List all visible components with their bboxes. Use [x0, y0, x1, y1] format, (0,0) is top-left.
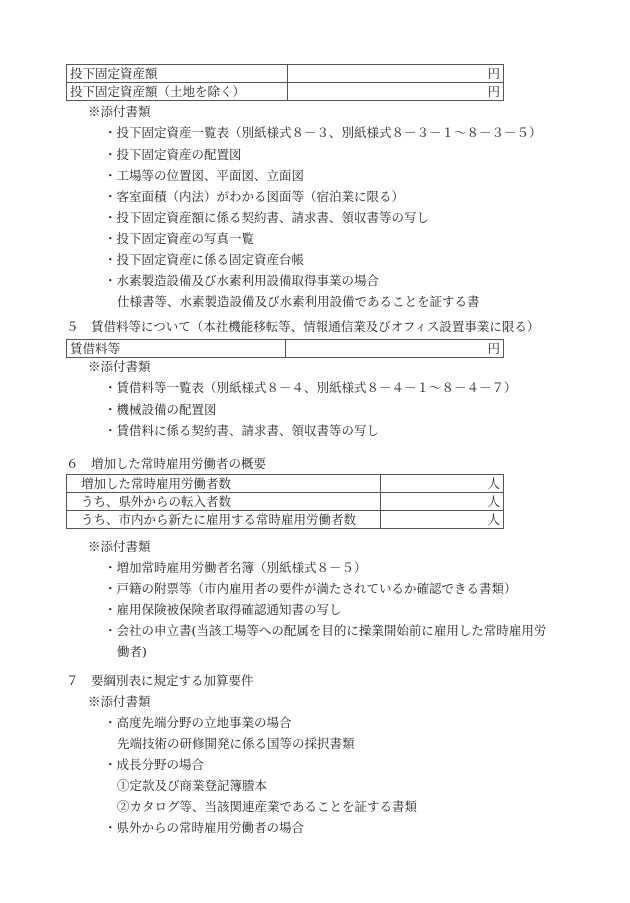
row-label: 増加した常時雇用労働者数 [67, 475, 381, 493]
table-row: 賃借料等 円 [67, 340, 504, 358]
table-row: 投下固定資産額 円 [67, 65, 504, 83]
list-item-continuation: 仕様書等、水素製造設備及び水素利用設備であることを証する書 [117, 293, 480, 311]
list-item: ・賃借料に係る契約書、請求書、領収書等の写し [104, 422, 379, 440]
section-heading: ５ 賃借料等について（本社機能移転等、情報通信業及びオフィス設置事業に限る） [66, 318, 539, 336]
count-field[interactable]: 人 [381, 493, 504, 511]
count-field[interactable]: 人 [381, 475, 504, 493]
document-page: 投下固定資産額 円 投下固定資産額（土地を除く） 円 ※添付書類 ・投下固定資産… [0, 0, 630, 903]
list-item: ・機械設備の配置図 [104, 401, 217, 419]
row-label: うち、市内から新たに雇用する常時雇用労働者数 [67, 511, 381, 529]
section-heading: ６ 増加した常時雇用労働者の概要 [66, 455, 266, 473]
list-item: ・工場等の位置図、平面図、立面図 [104, 167, 304, 185]
list-item: ・投下固定資産額に係る契約書、請求書、領収書等の写し [104, 209, 429, 227]
list-item: ・県外からの常時雇用労働者の場合 [104, 819, 304, 837]
row-label: 賃借料等 [67, 340, 286, 358]
rent-table: 賃借料等 円 [66, 339, 504, 358]
employees-table: 増加した常時雇用労働者数 人 うち、県外からの転入者数 人 うち、市内から新たに… [66, 474, 504, 529]
amount-field[interactable]: 円 [288, 65, 504, 83]
list-item-continuation: ①定款及び商業登記簿謄本 [117, 777, 267, 795]
list-item: ・高度先端分野の立地事業の場合 [104, 714, 292, 732]
list-item-continuation: 働者) [117, 643, 147, 661]
attachments-label: ※添付書類 [88, 358, 151, 376]
list-item: ・客室面積（内法）がわかる図面等（宿泊業に限る） [104, 188, 404, 206]
count-field[interactable]: 人 [381, 511, 504, 529]
row-label: 投下固定資産額 [67, 65, 288, 83]
list-item: ・水素製造設備及び水素利用設備取得事業の場合 [104, 272, 379, 290]
list-item-continuation: 先端技術の研修開発に係る国等の採択書類 [117, 735, 355, 753]
list-item: ・投下固定資産に係る固定資産台帳 [104, 251, 304, 269]
attachments-label: ※添付書類 [88, 538, 151, 556]
table-row: 投下固定資産額（土地を除く） 円 [67, 83, 504, 101]
list-item: ・賃借料等一覧表（別紙様式８－４、別紙様式８－４－１～８－４－７） [104, 379, 517, 397]
list-item: ・雇用保険被保険者取得確認通知書の写し [104, 601, 342, 619]
table-row: うち、市内から新たに雇用する常時雇用労働者数 人 [67, 511, 504, 529]
row-label: うち、県外からの転入者数 [67, 493, 381, 511]
list-item: ・投下固定資産の写真一覧 [104, 230, 254, 248]
list-item: ・成長分野の場合 [104, 756, 204, 774]
list-item: ・投下固定資産の配置図 [104, 146, 242, 164]
amount-field[interactable]: 円 [286, 340, 504, 358]
amount-field[interactable]: 円 [288, 83, 504, 101]
section-heading: ７ 要綱別表に規定する加算要件 [66, 672, 254, 690]
table-row: 増加した常時雇用労働者数 人 [67, 475, 504, 493]
list-item: ・戸籍の附票等（市内雇用者の要件が満たされているか確認できる書類） [104, 580, 517, 598]
list-item: ・投下固定資産一覧表（別紙様式８－３、別紙様式８－３－１～８－３－５） [104, 124, 542, 142]
list-item: ・増加常時雇用労働者名簿（別紙様式８－５） [104, 559, 367, 577]
attachments-label: ※添付書類 [88, 103, 151, 121]
investment-amount-table: 投下固定資産額 円 投下固定資産額（土地を除く） 円 [66, 64, 504, 101]
attachments-label: ※添付書類 [88, 693, 151, 711]
table-row: うち、県外からの転入者数 人 [67, 493, 504, 511]
list-item-continuation: ②カタログ等、当該関連産業であることを証する書類 [117, 798, 417, 816]
list-item: ・会社の申立書(当該工場等への配属を目的に操業開始前に雇用した常時雇用労 [104, 622, 546, 640]
row-label: 投下固定資産額（土地を除く） [67, 83, 288, 101]
